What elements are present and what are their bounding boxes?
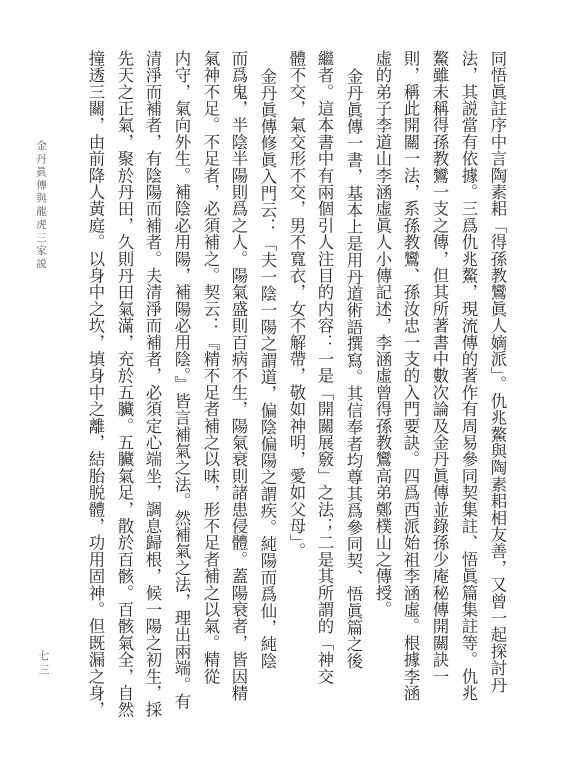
running-head: 金丹眞傳與龍虎三家説 xyxy=(34,140,49,271)
text-column-3: 鰲雖未稱得孫教鸞一支之傳，但其所著書中數次論及金丹眞傳並錄孫少庵秘傳開關訣一 xyxy=(429,50,449,685)
book-page: 金丹眞傳與龍虎三家説 七三 同悟眞註序中言陶素耜「得孫教鸞眞人嫡派」。仇兆鰲與陶… xyxy=(0,0,574,780)
text-column-11: 氣神不足。不足者，必須補之。契云：『精不足者補之以味，形不足者補之以氣。精從 xyxy=(200,50,220,685)
text-column-6-paragraph-start: 金丹眞傳一書，基本上是用丹道術語撰寫。其信奉者均尊其爲參同契、悟眞篇之後 xyxy=(343,68,363,669)
text-column-4: 則，稱此開關一法，系孫教鸞、孫汝忠一支的入門要訣。四爲西派始祖李涵虛。根據李涵 xyxy=(400,50,420,701)
text-column-14: 先天之正氣，聚於丹田，久則丹田氣滿，充於五臟。五臟氣足，散於百骸。百骸氣全，自然 xyxy=(114,50,134,718)
page-number: 七三 xyxy=(35,650,51,678)
text-column-10: 而爲鬼，半陰半陽則爲之人。陽氣盛則百病不生，陽氣衰則諸患侵體。蓋陽衰者，皆因精 xyxy=(228,50,248,701)
text-column-9-paragraph-start: 金丹眞傳修眞入門云：「夫一陰一陽之謂道，偏陰偏陽之謂疾。純陽而爲仙，純陰 xyxy=(257,68,277,669)
text-column-2: 法，其説當有依據。三爲仇兆鰲，現流傳的著作有周易參同契集註、悟眞篇集註等。仇兆 xyxy=(458,50,478,701)
text-column-8: 體不交，氣交形不交，男不寬衣，女不解帶，敬如神明，愛如父母」。 xyxy=(286,50,306,560)
text-column-5: 虛的弟子李道山李涵虛眞人小傳記述，李涵虛曾得孫教鸞高弟鄭樸山之傳授。 xyxy=(372,50,392,618)
text-column-13: 清淨而補者，有陰陽而補者。夫清淨而補者，必須定心端坐，調息歸根，候一陽之初生，採 xyxy=(142,50,162,718)
text-column-12: 内守，氣向外生。補陰必用陽，補陽必用陰。』皆言補氣之法。然補氣之法，理出兩端。有 xyxy=(171,50,191,710)
text-column-15: 撞透三關，由前降人黃庭。以身中之坎，填身中之離，結胎脱體，功用固神。但既漏之身， xyxy=(85,50,105,718)
text-column-7: 繼者。這本書中有兩個引人注目的内容：一是「開關展竅」之法；二是其所謂的「神交 xyxy=(314,50,334,685)
text-column-1: 同悟眞註序中言陶素耜「得孫教鸞眞人嫡派」。仇兆鰲與陶素耜相友善，又曾一起探討丹 xyxy=(487,50,507,693)
